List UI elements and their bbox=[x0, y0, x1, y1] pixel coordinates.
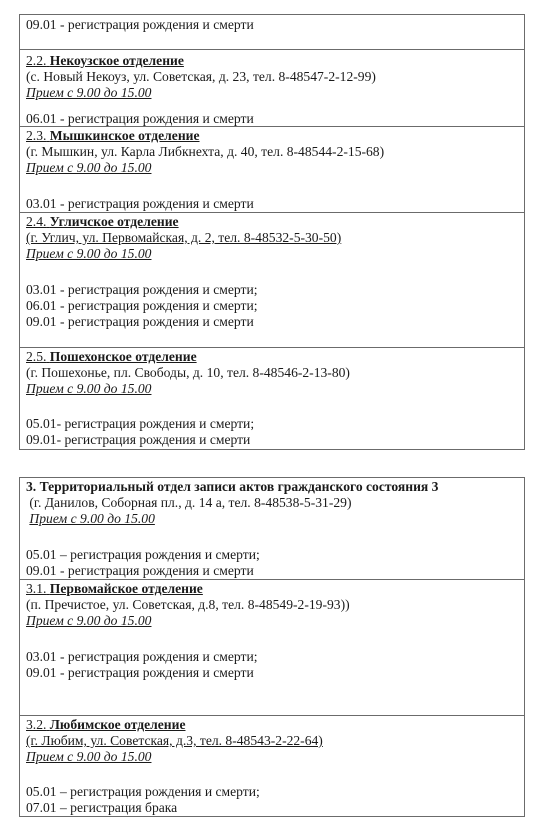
service-line: 05.01 – регистрация рождения и смерти; bbox=[26, 784, 260, 800]
service-line: 03.01 - регистрация рождения и смерти; bbox=[26, 649, 258, 665]
office-name: Пошехонское отделение bbox=[50, 349, 197, 364]
office-number: 3.1. bbox=[26, 581, 46, 596]
service-line: 09.01- регистрация рождения и смерти bbox=[26, 432, 250, 448]
table-row: 09.01 - регистрация рождения и смерти bbox=[20, 15, 524, 50]
office-address: (п. Пречистое, ул. Советская, д.8, тел. … bbox=[26, 597, 350, 613]
office-hours: Прием с 9.00 до 15.00 bbox=[29, 511, 154, 526]
service-line: 07.01 – регистрация брака bbox=[26, 800, 177, 816]
office-address: (г. Данилов, Соборная пл., д. 14 а, тел.… bbox=[26, 495, 352, 511]
service-line: 09.01 - регистрация рождения и смерти bbox=[26, 563, 254, 579]
office-heading: 2.4. Угличское отделение bbox=[26, 214, 179, 230]
office-hours: Прием с 9.00 до 15.00 bbox=[26, 613, 151, 629]
office-name: Некоузское отделение bbox=[50, 53, 184, 68]
office-heading: 2.3. Мышкинское отделение bbox=[26, 128, 200, 144]
service-line: 03.01 - регистрация рождения и смерти bbox=[26, 196, 254, 212]
table-row-poshekhonye: 2.5. Пошехонское отделение (г. Пошехонье… bbox=[20, 347, 524, 449]
office-address: (г. Пошехонье, пл. Свободы, д. 10, тел. … bbox=[26, 365, 350, 381]
office-name: Мышкинское отделение bbox=[50, 128, 200, 143]
office-heading: 3.2. Любимское отделение bbox=[26, 717, 186, 733]
registry-table-1: 09.01 - регистрация рождения и смерти 2.… bbox=[19, 14, 525, 450]
table-row-uglich: 2.4. Угличское отделение (г. Углич, ул. … bbox=[20, 212, 524, 348]
office-hours: Прием с 9.00 до 15.00 bbox=[26, 246, 151, 262]
office-name: Любимское отделение bbox=[50, 717, 186, 732]
service-line: 06.01 - регистрация рождения и смерти; bbox=[26, 298, 258, 314]
service-line: 09.01 - регистрация рождения и смерти bbox=[26, 314, 254, 330]
service-line: 09.01 - регистрация рождения и смерти bbox=[26, 665, 254, 681]
service-line: 06.01 - регистрация рождения и смерти bbox=[26, 111, 254, 127]
office-number: 2.5. bbox=[26, 349, 46, 364]
office-number: 3.2. bbox=[26, 717, 46, 732]
office-hours: Прием с 9.00 до 15.00 bbox=[26, 85, 151, 101]
table-row-myshkin: 2.3. Мышкинское отделение (г. Мышкин, ул… bbox=[20, 126, 524, 213]
service-line: 03.01 - регистрация рождения и смерти; bbox=[26, 282, 258, 298]
office-number: 2.4. bbox=[26, 214, 46, 229]
office-number: 2.3. bbox=[26, 128, 46, 143]
service-line: 09.01 - регистрация рождения и смерти bbox=[26, 17, 254, 33]
department-title: 3. Территориальный отдел записи актов гр… bbox=[26, 479, 438, 495]
office-name: Первомайское отделение bbox=[50, 581, 203, 596]
office-heading: 2.5. Пошехонское отделение bbox=[26, 349, 197, 365]
office-name: Угличское отделение bbox=[50, 214, 179, 229]
office-hours-wrap: Прием с 9.00 до 15.00 bbox=[26, 511, 155, 527]
office-address: (с. Новый Некоуз, ул. Советская, д. 23, … bbox=[26, 69, 376, 85]
office-number: 2.2. bbox=[26, 53, 46, 68]
office-heading: 3.1. Первомайское отделение bbox=[26, 581, 203, 597]
registry-table-2: 3. Территориальный отдел записи актов гр… bbox=[19, 477, 525, 817]
service-line: 05.01 – регистрация рождения и смерти; bbox=[26, 547, 260, 563]
table-row-nekouz: 2.2. Некоузское отделение (с. Новый Неко… bbox=[20, 49, 524, 127]
table-row-danilov: 3. Территориальный отдел записи актов гр… bbox=[20, 478, 524, 580]
office-hours: Прием с 9.00 до 15.00 bbox=[26, 749, 151, 765]
table-row-pervomayskoe: 3.1. Первомайское отделение (п. Пречисто… bbox=[20, 579, 524, 716]
office-address: (г. Мышкин, ул. Карла Либкнехта, д. 40, … bbox=[26, 144, 384, 160]
office-hours: Прием с 9.00 до 15.00 bbox=[26, 160, 151, 176]
office-heading: 2.2. Некоузское отделение bbox=[26, 53, 184, 69]
service-line: 05.01- регистрация рождения и смерти; bbox=[26, 416, 254, 432]
table-row-lyubim: 3.2. Любимское отделение (г. Любим, ул. … bbox=[20, 715, 524, 816]
office-address: (г. Углич, ул. Первомайская, д. 2, тел. … bbox=[26, 230, 341, 246]
office-hours: Прием с 9.00 до 15.00 bbox=[26, 381, 151, 397]
office-address: (г. Любим, ул. Советская, д.3, тел. 8-48… bbox=[26, 733, 323, 749]
